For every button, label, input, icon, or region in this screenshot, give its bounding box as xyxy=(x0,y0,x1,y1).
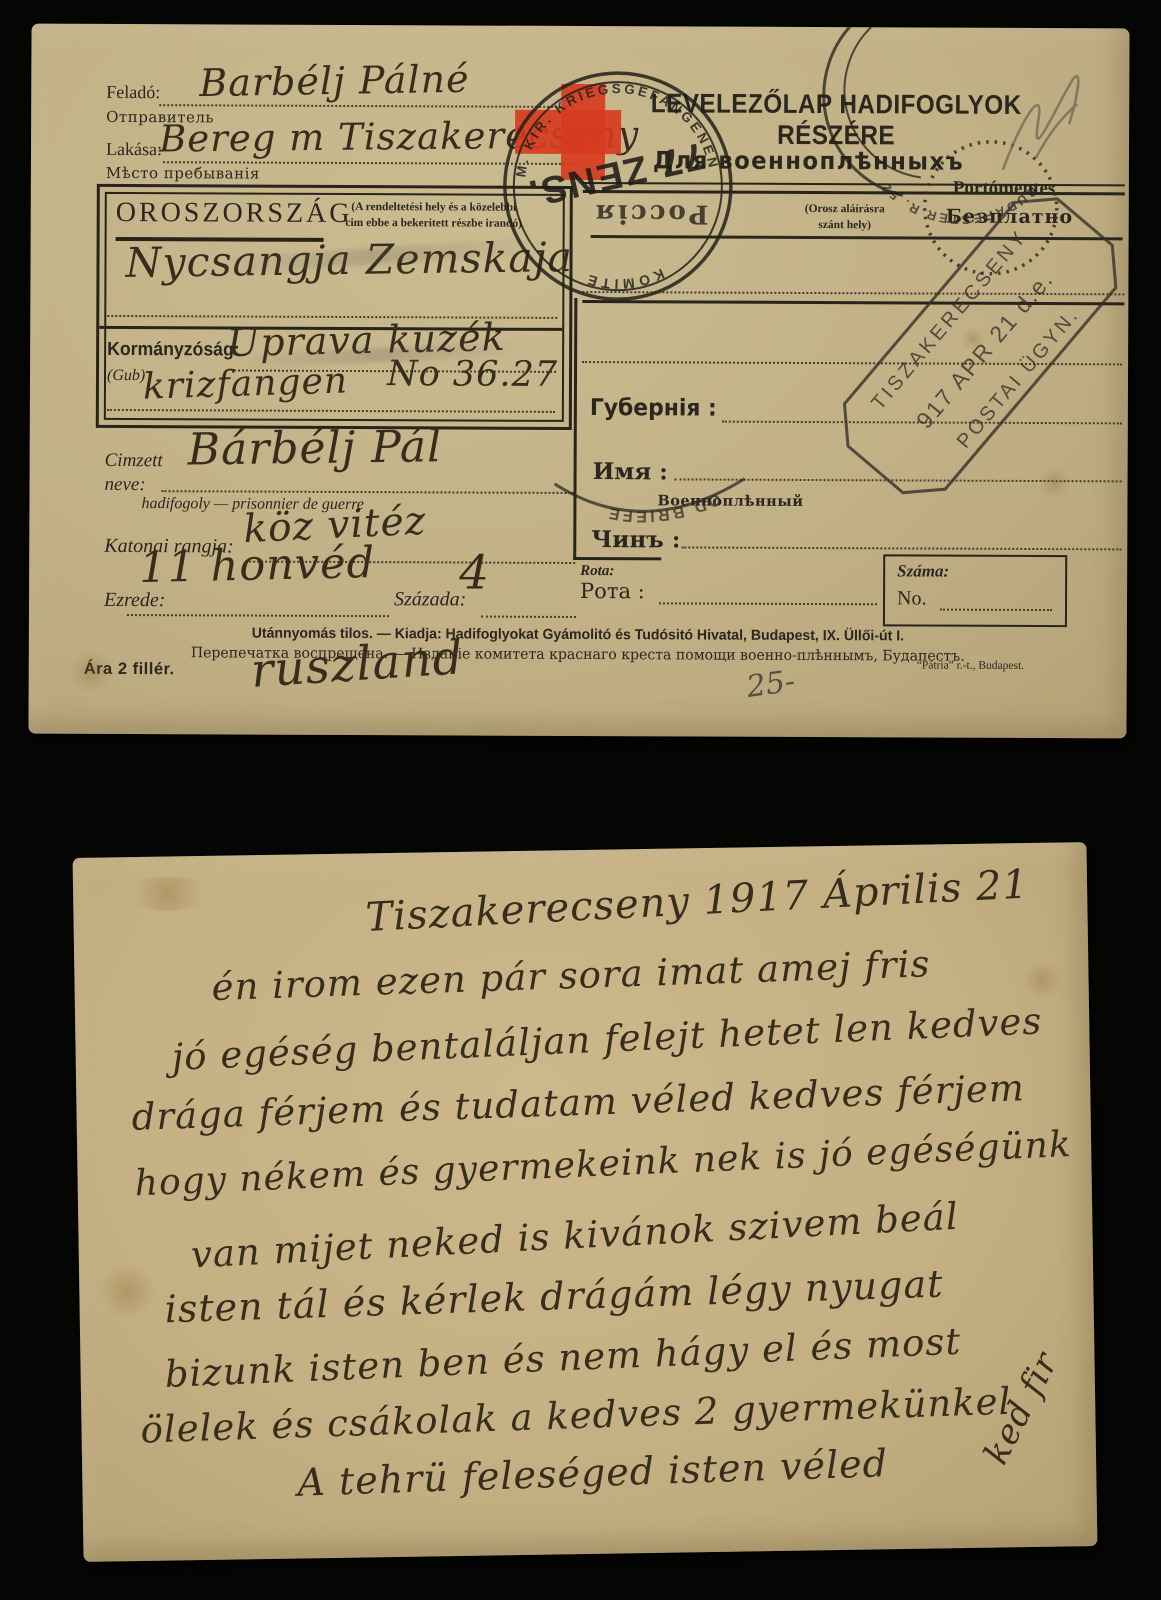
government-sublabel: (Gub) xyxy=(107,367,145,385)
sender-label: Feladó: xyxy=(106,82,160,103)
letter-line: Tiszakerecseny 1917 Április 21 xyxy=(365,861,1030,941)
regiment-handwritten-value: 11 honvéd xyxy=(139,538,376,593)
regiment-line xyxy=(127,614,389,617)
government-label: Kormányzóság: xyxy=(107,339,240,362)
address-rule-pair xyxy=(582,291,1124,305)
sender-handwritten-value: Barbélj Pálné xyxy=(199,57,470,105)
stain xyxy=(1037,468,1071,498)
szama-label: Száma: xyxy=(897,561,949,581)
letter-line: jó egéség bentaláljan felejt hetet len k… xyxy=(171,999,1043,1078)
signature-place-note: (Orosz aláírásra szánt hely) xyxy=(786,201,904,234)
stain xyxy=(1022,962,1063,999)
pencil-price-note: 25- xyxy=(745,664,798,705)
stain xyxy=(69,652,115,692)
column-divider-corner xyxy=(573,557,661,560)
arrival-date-text: 917 APR 21 d.e. xyxy=(911,266,1058,434)
stain xyxy=(960,328,986,350)
address-dotted-line xyxy=(582,361,1122,365)
residence-label-russian: Мѣсто пребыванія xyxy=(106,164,260,183)
footer-imprint-hu: Utánnyomás tilos. — Kiadja: Hadifoglyoka… xyxy=(45,625,1110,646)
arrival-agency-text: POSTAI ÜGYN. xyxy=(953,303,1084,452)
stain xyxy=(97,1265,158,1318)
russia-inverted-text: Россія xyxy=(593,198,709,229)
company-line xyxy=(481,616,576,618)
addressee-line xyxy=(162,490,574,494)
censor-ring-text-bottom: KOMITE xyxy=(582,265,667,292)
printer-credit: “Pátria” r.-t., Budapest. xyxy=(917,659,1024,671)
letter-line: A tehrü feleséged isten véled xyxy=(297,1441,889,1505)
destination-note: (A rendeltetési hely és a közelebbi cim … xyxy=(306,200,562,232)
addressee-label-1: Cimzett xyxy=(105,450,163,472)
pow-ru-label: Военноплѣнный xyxy=(657,492,803,510)
rank-ru-label: Чинъ : xyxy=(591,526,680,553)
card-title: LEVELEZŐLAP HADIFOGLYOK RÉSZÉRE xyxy=(620,88,1052,152)
rota-line xyxy=(659,602,877,605)
no-label: No. xyxy=(897,587,927,610)
rota-label-hu: Rota: xyxy=(580,563,614,580)
number-box: Száma: No. xyxy=(883,554,1067,627)
free-postage-ru: Безплатно xyxy=(946,206,1074,229)
letter-line: hogy nékem és gyermekeink nek is jó egés… xyxy=(134,1124,1073,1204)
company-label: Százada: xyxy=(394,588,466,611)
letter-line: én irom ezen pár sora imat amej fris xyxy=(211,942,931,1009)
gubernia-label: Губернія : xyxy=(590,395,717,422)
addressee-handwritten-name: Bárbélj Pál xyxy=(187,421,442,475)
postcard-front: Feladó: Отправитель Barbélj Pálné Lakása… xyxy=(28,24,1129,739)
postcard-back: Tiszakerecseny 1917 Április 21 én irom e… xyxy=(73,842,1098,1562)
svg-text:KOMITE: KOMITE xyxy=(582,265,667,292)
card-subtitle-russian: Для военноплѣнныхъ xyxy=(653,146,964,175)
destination-line2 xyxy=(107,409,555,413)
company-handwritten-value: 4 xyxy=(459,545,490,600)
destination-address-box: OROSZORSZÁG (A rendeltetési hely és a kö… xyxy=(96,184,573,430)
free-postage-hu: Portómentes xyxy=(953,178,1055,200)
letter-line: drága férjem és tudatam véled kedves fér… xyxy=(131,1066,1025,1139)
russia-writing-line xyxy=(591,235,1123,240)
rank-ru-line xyxy=(681,546,1121,550)
number-box-line xyxy=(940,609,1052,611)
rota-label-ru: Рота : xyxy=(580,579,645,603)
gubernia-line xyxy=(722,421,1122,425)
residence-handwritten-value: Bereg m Tiszakerecseny xyxy=(159,113,640,161)
stain xyxy=(123,876,214,911)
residence-label: Lakása: xyxy=(106,139,162,160)
column-divider-vertical xyxy=(573,298,577,560)
addressee-label-2: neve: xyxy=(104,474,145,496)
arrival-town-text: TISZAKERECSENY xyxy=(867,225,1032,414)
name-ru-label: Имя : xyxy=(593,458,668,485)
scanned-postcard-image: Feladó: Отправитель Barbélj Pálné Lakása… xyxy=(0,0,1161,1600)
